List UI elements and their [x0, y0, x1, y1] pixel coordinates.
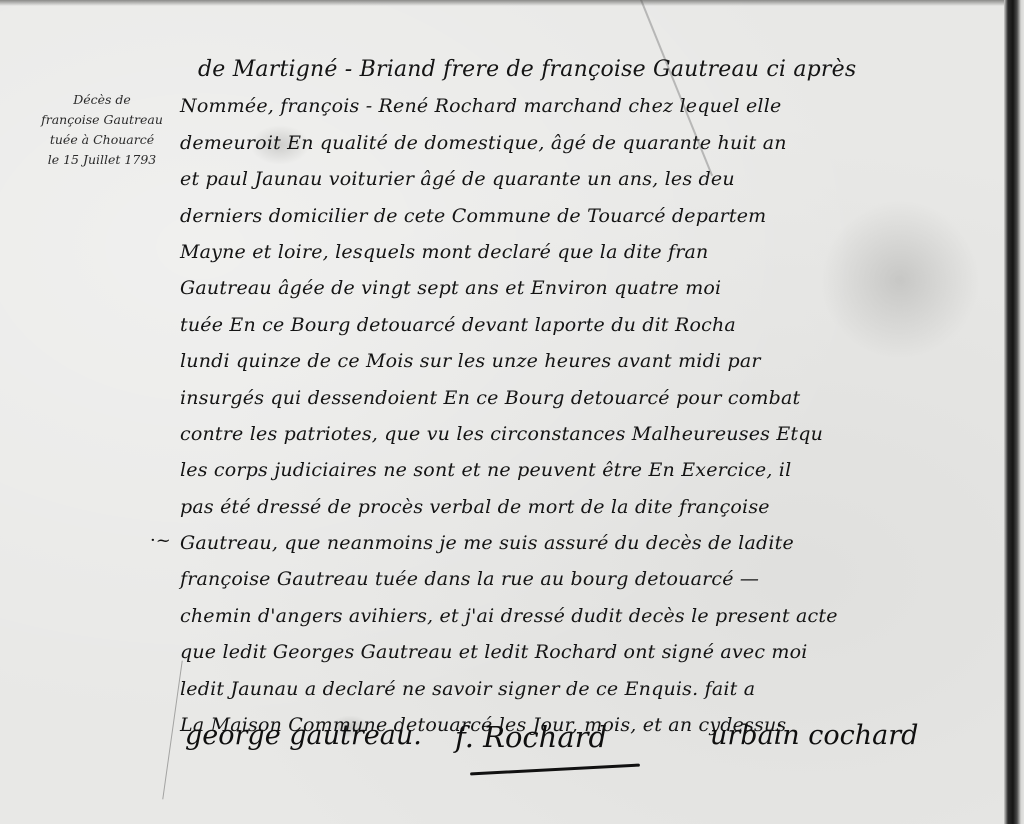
margin-note-line: Décès de — [22, 90, 182, 110]
record-body: de Martigné - Briand frere de françoise … — [180, 52, 1000, 743]
margin-note-line: tuée à Chouarcé — [22, 130, 182, 150]
record-line: Gautreau âgée de vingt sept ans et Envir… — [180, 270, 1000, 306]
signature-george-gautreau: george gautreau. — [185, 720, 422, 751]
record-line: les corps judiciaires ne sont et ne peuv… — [180, 452, 1000, 488]
page-top-edge — [0, 0, 1004, 6]
record-line: ledit Jaunau a declaré ne savoir signer … — [180, 671, 1000, 707]
margin-note: Décès de françoise Gautreau tuée à Choua… — [22, 90, 182, 170]
signature-block: george gautreau. f. Rochard urbain cocha… — [185, 720, 985, 780]
margin-note-line: le 15 Juillet 1793 — [22, 150, 182, 170]
record-line: tuée En ce Bourg detouarcé devant laport… — [180, 307, 1000, 343]
record-line: demeuroit En qualité de domestique, âgé … — [180, 125, 1000, 161]
record-line: insurgés qui dessendoient En ce Bourg de… — [180, 380, 1000, 416]
signature-flourish — [470, 764, 640, 776]
record-line: et paul Jaunau voiturier âgé de quarante… — [180, 161, 1000, 197]
signature-urbain-cochard: urbain cochard — [710, 720, 918, 751]
record-line: Mayne et loire, lesquels mont declaré qu… — [180, 234, 1000, 270]
book-binding-edge — [1004, 0, 1024, 824]
record-line: contre les patriotes, que vu les circons… — [180, 416, 1000, 452]
record-line: de Martigné - Briand frere de françoise … — [180, 52, 1000, 88]
record-line: Nommée, françois - René Rochard marchand… — [180, 88, 1000, 124]
record-line: chemin d'angers avihiers, et j'ai dressé… — [180, 598, 1000, 634]
record-line: françoise Gautreau tuée dans la rue au b… — [180, 561, 1000, 597]
record-line: derniers domicilier de cete Commune de T… — [180, 198, 1000, 234]
record-line: pas été dressé de procès verbal de mort … — [180, 489, 1000, 525]
manuscript-page: Décès de françoise Gautreau tuée à Choua… — [0, 0, 1004, 824]
margin-marker: ·~ — [150, 530, 171, 551]
record-line: lundi quinze de ce Mois sur les unze heu… — [180, 343, 1000, 379]
margin-note-line: françoise Gautreau — [22, 110, 182, 130]
signature-f-rochard: f. Rochard — [455, 720, 607, 754]
record-line: que ledit Georges Gautreau et ledit Roch… — [180, 634, 1000, 670]
record-line: Gautreau, que neanmoins je me suis assur… — [180, 525, 1000, 561]
